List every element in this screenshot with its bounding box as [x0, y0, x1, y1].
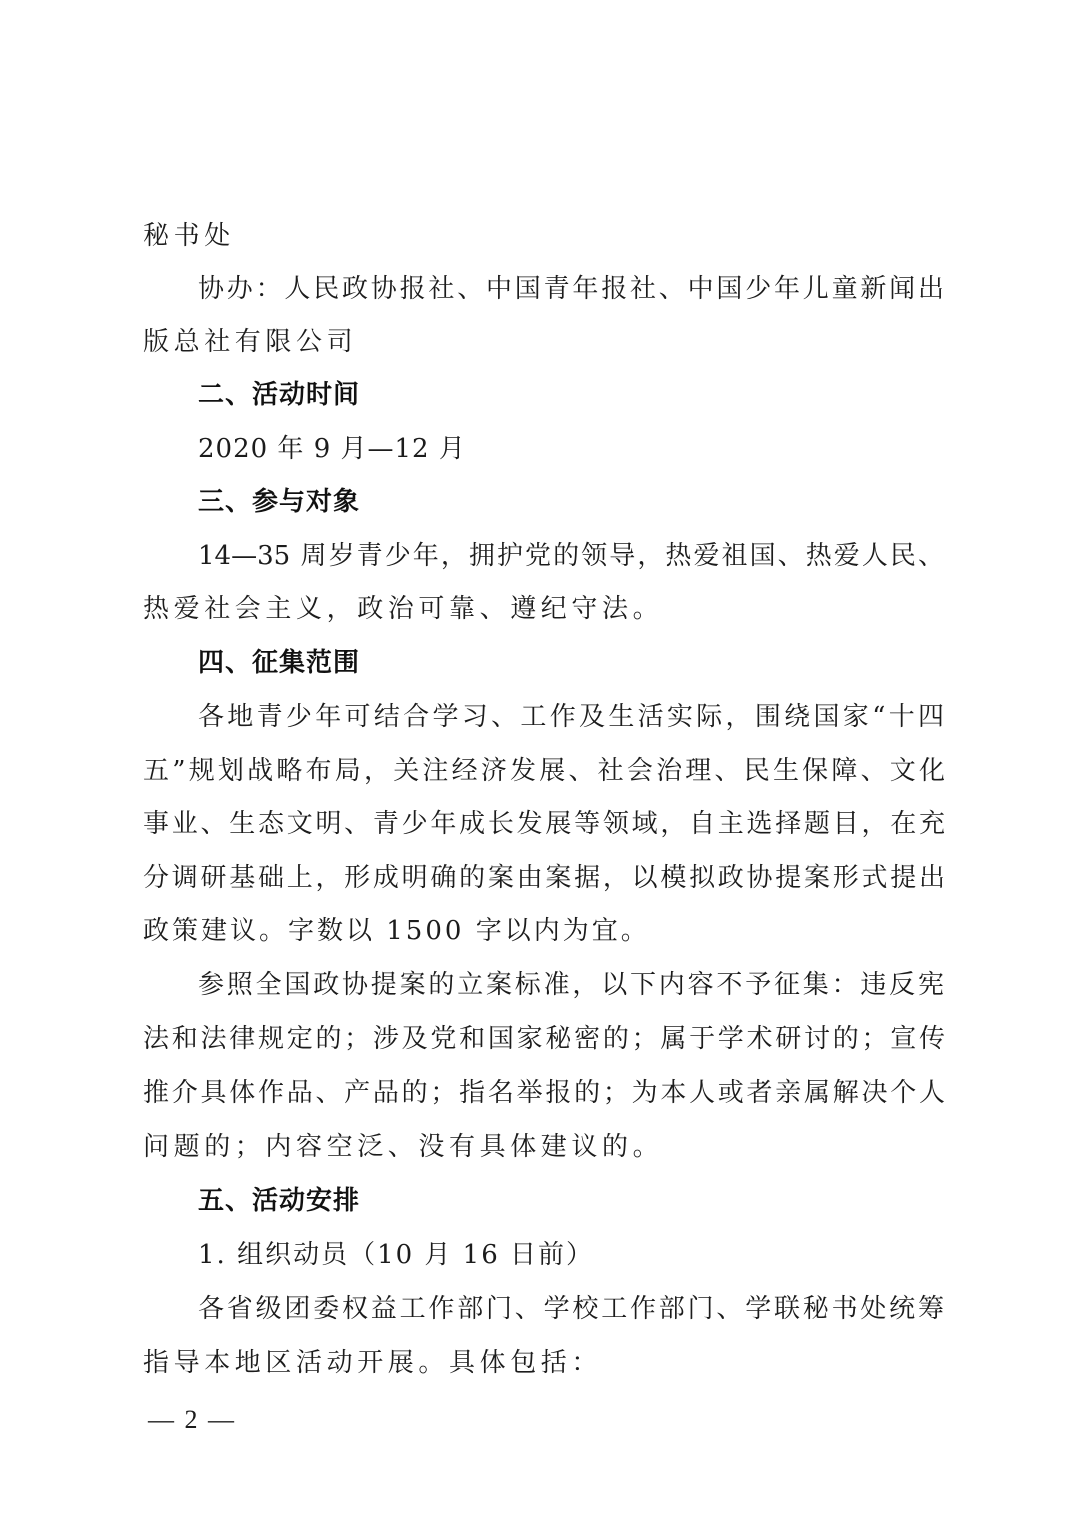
section-heading-activity-time: 二、活动时间	[198, 378, 360, 412]
scope-paragraph-2-line-4: 问题的；内容空泛、没有具体建议的。	[143, 1130, 663, 1164]
arrangement-line-1: 各省级团委权益工作部门、学校工作部门、学联秘书处统筹	[198, 1292, 944, 1326]
document-page: 秘书处 协办：人民政协报社、中国青年报社、中国少年儿童新闻出 版总社有限公司 二…	[0, 0, 1080, 1527]
scope-paragraph-1-line-3: 事业、生态文明、青少年成长发展等领域，自主选择题目，在充	[143, 807, 945, 841]
arrangement-subheading-mobilization: 1. 组织动员（10 月 16 日前）	[198, 1238, 594, 1272]
section-heading-scope: 四、征集范围	[198, 646, 360, 680]
scope-paragraph-1-line-5: 政策建议。字数以 1500 字以内为宜。	[143, 914, 650, 948]
scope-paragraph-1-line-2: 五”规划战略布局，关注经济发展、社会治理、民生保障、文化	[143, 754, 945, 788]
page-number: — 2 —	[148, 1403, 236, 1437]
scope-paragraph-1-line-1: 各地青少年可结合学习、工作及生活实际，围绕国家“十四	[198, 700, 944, 734]
activity-time-value: 2020 年 9 月—12 月	[198, 432, 466, 466]
participants-line-2: 热爱社会主义，政治可靠、遵纪守法。	[143, 592, 663, 626]
organizer-continuation: 秘书处	[143, 219, 235, 253]
section-heading-arrangement: 五、活动安排	[198, 1184, 360, 1218]
arrangement-line-2: 指导本地区活动开展。具体包括：	[143, 1346, 602, 1380]
co-organizers-line-1: 协办：人民政协报社、中国青年报社、中国少年儿童新闻出	[198, 272, 944, 306]
co-organizers-line-2: 版总社有限公司	[143, 325, 357, 359]
scope-paragraph-2-line-2: 法和法律规定的；涉及党和国家秘密的；属于学术研讨的；宣传	[143, 1022, 945, 1056]
scope-paragraph-1-line-4: 分调研基础上，形成明确的案由案据，以模拟政协提案形式提出	[143, 861, 945, 895]
scope-paragraph-2-line-3: 推介具体作品、产品的；指名举报的；为本人或者亲属解决个人	[143, 1076, 945, 1110]
participants-line-1: 14—35 周岁青少年，拥护党的领导，热爱祖国、热爱人民、	[198, 539, 944, 573]
section-heading-participants: 三、参与对象	[198, 485, 360, 519]
scope-paragraph-2-line-1: 参照全国政协提案的立案标准，以下内容不予征集：违反宪	[198, 968, 944, 1002]
